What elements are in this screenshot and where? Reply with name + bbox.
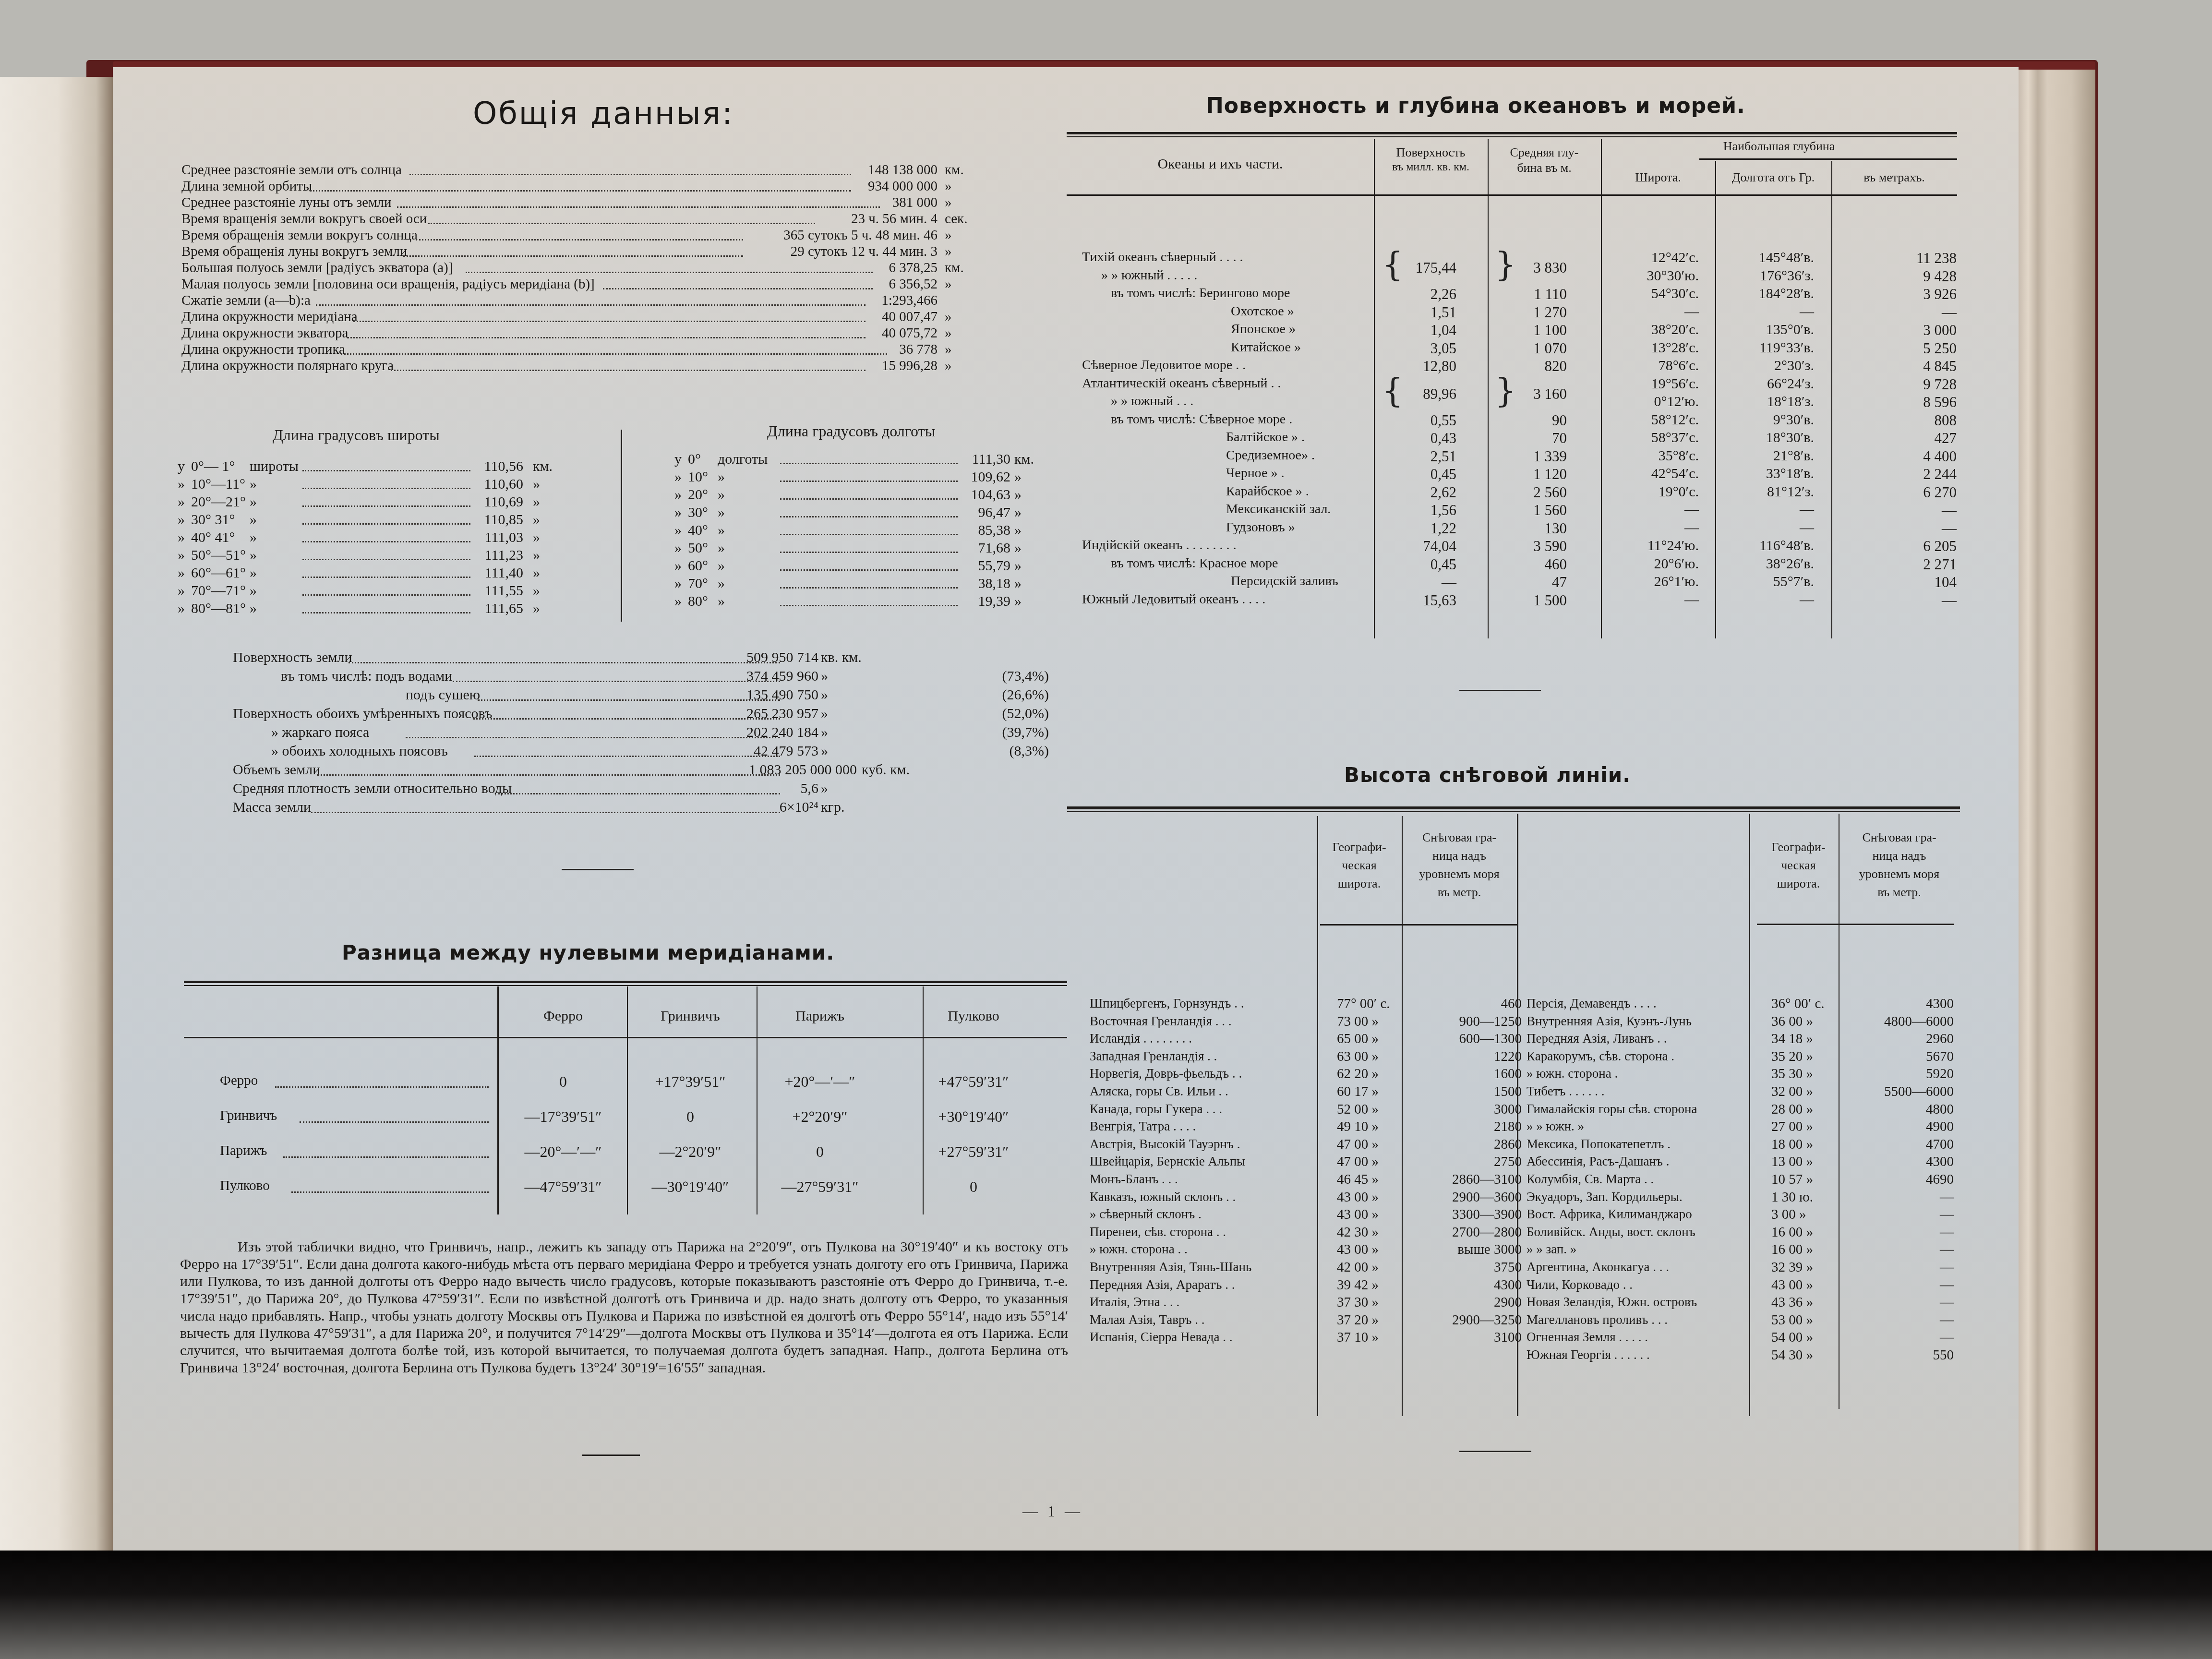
- snowline-place: Венгрія, Татра . . . .: [1090, 1119, 1196, 1134]
- ocean-lon: 55°7′в.: [1711, 574, 1814, 590]
- row-value: 365 сутокъ 5 ч. 48 мин. 46: [783, 228, 938, 243]
- meridians-top-rule: [184, 981, 1067, 983]
- surface-row: Поверхность обоихъ умѣренныхъ поясовъ265…: [233, 706, 1049, 724]
- dot-leader: [603, 288, 873, 289]
- snowline-height: 550: [1839, 1347, 1954, 1363]
- degree-word: долготы: [718, 451, 768, 467]
- ocean-name: » » южный . . . . .: [1101, 268, 1197, 283]
- degree-value: 110,85: [484, 512, 523, 528]
- oceans-surface-header: Поверхность: [1374, 145, 1488, 160]
- degree-word: »: [718, 540, 725, 556]
- ocean-lat: —: [1596, 592, 1699, 608]
- snowline-place: Мексика, Попокатепетлъ .: [1527, 1137, 1671, 1152]
- ocean-avg-depth: 1 270: [1480, 304, 1567, 321]
- degree-value: 38,18: [978, 576, 1011, 591]
- meridian-column-header: Ферро: [510, 1008, 616, 1024]
- ocean-surface: 2,62: [1370, 484, 1456, 501]
- degree-word: »: [250, 601, 257, 616]
- page-number: — 1 —: [1022, 1503, 1083, 1520]
- snowline-height: —: [1839, 1312, 1954, 1328]
- snowline-table-header: Географи-ческаяширота.Географи-ческаяшир…: [1067, 811, 1960, 926]
- meridian-row-label: Пулково: [220, 1178, 270, 1194]
- meridians-note: Изъ этой таблички видно, что Гринвичъ, н…: [180, 1238, 1068, 1377]
- oceans-top-rule: [1067, 132, 1957, 134]
- snowline-lat-header: Географи-: [1754, 840, 1843, 854]
- degree-prefix: »: [178, 476, 185, 492]
- ocean-avg-depth: 1 100: [1480, 322, 1567, 339]
- snowline-left-table: Шпицбергенъ, Горнзундъ . .77° 00′ с.460В…: [1090, 996, 1522, 1428]
- degree-row: »50°—51°»111,23»: [178, 547, 610, 565]
- ocean-max-depth: 4 400: [1831, 448, 1957, 465]
- snowline-height-header: Снѣговая гра-: [1839, 830, 1960, 845]
- snowline-lat: 43 00 »: [1337, 1242, 1379, 1258]
- snowline-place: Колумбія, Св. Марта . .: [1527, 1172, 1654, 1187]
- degree-range: 40°: [688, 522, 708, 538]
- group-brace-icon: }: [1495, 248, 1516, 281]
- snowline-lat: 49 10 »: [1337, 1119, 1379, 1135]
- dot-leader: [473, 718, 780, 720]
- surface-row: » обоихъ холодныхъ поясовъ42 479 573»(8,…: [233, 743, 1049, 762]
- row-label: Сжатіе земли (a—b):a: [181, 293, 311, 309]
- surface-row: » жаркаго пояса202 240 184»(39,7%): [233, 724, 1049, 743]
- degree-word: широты: [250, 458, 299, 474]
- meridian-row-label: Гринвичъ: [220, 1108, 277, 1124]
- dot-leader: [478, 699, 780, 701]
- degree-range: 60°: [688, 558, 708, 574]
- dot-leader: [311, 812, 780, 813]
- ocean-avg-depth: 460: [1480, 556, 1567, 573]
- degree-prefix: »: [674, 593, 682, 609]
- snowline-place: Магеллановъ проливъ . . .: [1527, 1312, 1668, 1327]
- ocean-max-depth: 2 271: [1831, 556, 1957, 573]
- snowline-place: Персія, Демавендъ . . . .: [1527, 996, 1657, 1011]
- snowline-height: —: [1839, 1260, 1954, 1275]
- dot-leader: [403, 255, 743, 257]
- ocean-max-depth: —: [1831, 592, 1957, 609]
- snowline-lat: 62 20 »: [1337, 1066, 1379, 1082]
- surface-label: въ томъ числѣ: подъ водами: [281, 668, 452, 684]
- degree-row: »30°»96,47»: [674, 505, 1058, 522]
- dot-leader: [317, 774, 780, 776]
- snowline-lat: 37 30 »: [1337, 1295, 1379, 1310]
- dot-leader: [409, 174, 851, 175]
- ocean-name: въ томъ числѣ: Красное море: [1111, 556, 1278, 571]
- snowline-place: Передняя Азія, Араратъ . .: [1090, 1277, 1235, 1292]
- ocean-lon: 116°48′в.: [1711, 538, 1814, 554]
- dot-leader: [316, 304, 866, 306]
- ocean-avg-depth: 3 830: [1480, 259, 1567, 276]
- ocean-name: въ томъ числѣ: Сѣверное море .: [1111, 412, 1292, 427]
- dot-leader: [302, 541, 470, 542]
- snowline-height: —: [1839, 1277, 1954, 1293]
- snowline-lat: 43 36 »: [1771, 1295, 1813, 1310]
- degree-prefix: »: [674, 576, 682, 591]
- section-rule: [562, 869, 634, 870]
- degree-range: 30° 31°: [191, 512, 235, 528]
- meridian-column-header: Пулково: [921, 1008, 1026, 1024]
- degree-unit: »: [1014, 505, 1022, 520]
- dot-leader: [349, 662, 780, 663]
- degree-prefix: »: [178, 583, 185, 599]
- ocean-surface: —: [1370, 574, 1456, 591]
- surface-row: подъ сушею135 490 750»(26,6%): [233, 687, 1049, 706]
- dot-leader: [302, 523, 470, 525]
- degree-prefix: »: [178, 547, 185, 563]
- ocean-name: Индійскій океанъ . . . . . . . .: [1082, 538, 1237, 553]
- surface-value: 6×10²⁴: [780, 799, 818, 815]
- snowline-place: Западная Гренландія . .: [1090, 1049, 1217, 1064]
- snowline-lat: 35 30 »: [1771, 1066, 1813, 1082]
- snowline-height: 5500—6000: [1839, 1084, 1954, 1100]
- snowline-place: Аргентина, Аконкагуа . . .: [1527, 1260, 1669, 1274]
- degree-word: »: [718, 593, 725, 609]
- snowline-lat: 60 17 »: [1337, 1084, 1379, 1100]
- ocean-lon: 184°28′в.: [1711, 286, 1814, 302]
- ocean-lon: 9°30′в.: [1711, 412, 1814, 428]
- snowline-place: Абессинія, Расъ-Дашанъ .: [1527, 1154, 1669, 1169]
- ocean-lat: 12°42′с.: [1596, 250, 1699, 266]
- snowline-height: 2900: [1407, 1295, 1522, 1310]
- ocean-lon: 119°33′в.: [1711, 340, 1814, 356]
- row-unit: км.: [945, 162, 964, 178]
- ocean-name: Охотское »: [1231, 304, 1294, 319]
- degree-range: 20°—21°: [191, 494, 246, 510]
- ocean-name: Мексиканскій зал.: [1226, 502, 1331, 517]
- degree-unit: »: [1014, 540, 1022, 556]
- row-label: Время вращенія земли вокругъ своей оси: [181, 211, 427, 227]
- ocean-lon: 66°24′з.: [1711, 376, 1814, 392]
- dot-leader: [406, 737, 780, 738]
- ocean-avg-depth: 2 560: [1480, 484, 1567, 501]
- meridian-column-header: Парижъ: [767, 1008, 873, 1024]
- ocean-surface: 2,26: [1370, 286, 1456, 303]
- ocean-surface: 1,51: [1370, 304, 1456, 321]
- snowline-height: —: [1839, 1242, 1954, 1258]
- meridian-value: —2°20′9″: [628, 1143, 753, 1161]
- row-unit: сек.: [945, 211, 967, 227]
- dot-leader: [416, 239, 743, 240]
- surface-label: Средняя плотность земли относительно вод…: [233, 781, 512, 796]
- ocean-lat: 35°8′с.: [1596, 448, 1699, 464]
- surface-value: 265 230 957: [746, 706, 818, 721]
- oceans-meters-header: въ метрахъ.: [1831, 170, 1957, 185]
- surface-row: Поверхность земли509 950 714кв. км.: [233, 649, 1049, 668]
- ocean-name: Гудзоновъ »: [1226, 520, 1295, 535]
- meridian-value: —30°19′40″: [628, 1178, 753, 1196]
- ocean-avg-depth: 820: [1480, 358, 1567, 375]
- surface-unit: »: [821, 724, 828, 740]
- surface-label: » обоихъ холодныхъ поясовъ: [271, 743, 448, 759]
- snowline-place: Новая Зеландія, Южн. островъ: [1527, 1295, 1697, 1310]
- oceans-max-depth-header: Наибольшая глубина: [1601, 139, 1957, 154]
- surface-row: Объемъ земли1 083 205 000 000куб. км.: [233, 762, 1049, 781]
- degree-value: 110,60: [484, 476, 523, 492]
- ocean-max-depth: 5 250: [1831, 340, 1957, 357]
- surface-unit: »: [821, 687, 828, 703]
- dot-leader: [780, 534, 958, 535]
- degree-row: »60°»55,79»: [674, 558, 1058, 576]
- ocean-avg-depth: 1 110: [1480, 286, 1567, 303]
- snowline-height: 2750: [1407, 1154, 1522, 1170]
- degree-word: »: [250, 583, 257, 599]
- dot-leader: [391, 370, 866, 371]
- degree-row: »40° 41°»111,03»: [178, 529, 610, 547]
- degree-word: »: [250, 512, 257, 528]
- row-label: Длина окружности экватора: [181, 325, 348, 341]
- snowline-lat: 3 00 »: [1771, 1207, 1806, 1223]
- ocean-lon: 18°18′з.: [1711, 394, 1814, 410]
- degree-value: 111,23: [485, 547, 523, 563]
- surface-row: въ томъ числѣ: подъ водами374 459 960»(7…: [233, 668, 1049, 687]
- row-value: 15 996,28: [882, 358, 938, 374]
- snowline-height: —: [1839, 1330, 1954, 1346]
- row-unit: »: [945, 179, 952, 194]
- dot-leader: [283, 1156, 489, 1158]
- snowline-height: 1600: [1407, 1066, 1522, 1082]
- dot-leader: [291, 1191, 489, 1193]
- degree-unit: »: [533, 476, 540, 492]
- dot-leader: [466, 272, 873, 273]
- ocean-max-depth: —: [1831, 304, 1957, 321]
- snowline-lat: 73 00 »: [1337, 1014, 1379, 1030]
- snowline-lat: 39 42 »: [1337, 1277, 1379, 1293]
- meridian-value: +2°20′9″: [757, 1108, 882, 1126]
- degree-value: 111,03: [485, 529, 523, 545]
- snowline-height: 3300—3900: [1407, 1207, 1522, 1223]
- ocean-surface: 0,45: [1370, 466, 1456, 483]
- snowline-place: Экуадоръ, Зап. Кордильеры.: [1527, 1190, 1683, 1204]
- snowline-place: Восточная Гренландія . . .: [1090, 1014, 1232, 1029]
- ocean-name: Карайбское » .: [1226, 484, 1309, 499]
- row-value: 40 075,72: [882, 325, 938, 341]
- snowline-height: 2960: [1839, 1031, 1954, 1047]
- snowline-lat: 32 00 »: [1771, 1084, 1813, 1100]
- row-unit: »: [945, 276, 952, 292]
- surface-label: Масса земли: [233, 799, 311, 815]
- ocean-max-depth: 9 728: [1831, 376, 1957, 393]
- snowline-lat: 53 00 »: [1771, 1312, 1813, 1328]
- ocean-lat: 38°20′с.: [1596, 322, 1699, 338]
- meridian-value: 0: [501, 1073, 625, 1091]
- group-brace-icon: {: [1382, 248, 1404, 281]
- oceans-surface-header-2: въ милл. кв. км.: [1374, 161, 1488, 174]
- snowline-place: Боливійск. Анды, вост. склонъ: [1527, 1225, 1695, 1239]
- ocean-max-depth: 104: [1831, 574, 1957, 591]
- ocean-lat: 13°28′с.: [1596, 340, 1699, 356]
- snowline-lat: 34 18 »: [1771, 1031, 1813, 1047]
- snowline-place: Каракорумъ, сѣв. сторона .: [1527, 1049, 1674, 1064]
- degree-value: 111,55: [485, 583, 523, 599]
- ocean-surface: 3,05: [1370, 340, 1456, 357]
- snowline-lat: 27 00 »: [1771, 1119, 1813, 1135]
- meridian-value: +30°19′40″: [911, 1108, 1036, 1126]
- snowline-place: Южная Георгія . . . . . .: [1527, 1347, 1650, 1362]
- snowline-lat-header: Географи-: [1317, 840, 1402, 854]
- surface-label: Поверхность земли: [233, 649, 352, 665]
- snowline-place: Испанія, Сіерра Невада . .: [1090, 1330, 1233, 1345]
- degree-unit: »: [1014, 522, 1022, 538]
- degree-prefix: »: [674, 505, 682, 520]
- ocean-lat: —: [1596, 520, 1699, 536]
- degree-word: »: [718, 576, 725, 591]
- surface-value: 42 479 573: [754, 743, 818, 759]
- oceans-name-header: Океаны и ихъ части.: [1067, 156, 1374, 172]
- degree-range: 10°—11°: [191, 476, 245, 492]
- degree-range: 40° 41°: [191, 529, 235, 545]
- snowline-height: 2700—2800: [1407, 1225, 1522, 1240]
- ocean-max-depth: 6 270: [1831, 484, 1957, 501]
- surface-label: подъ сушею: [406, 687, 480, 703]
- dot-leader: [498, 793, 780, 794]
- snowline-lat: 35 20 »: [1771, 1049, 1813, 1065]
- dot-leader: [275, 1086, 489, 1088]
- snowline-height: 4700: [1839, 1137, 1954, 1153]
- row-label: Среднее разстояніе земли отъ солнца: [181, 162, 402, 178]
- ocean-surface: 74,04: [1370, 538, 1456, 555]
- oceans-table-body: Тихій океанъ сѣверный . . . .175,443 830…: [1082, 250, 1960, 624]
- snowline-height: —: [1839, 1190, 1954, 1205]
- ocean-name: Средиземное» .: [1226, 448, 1315, 463]
- meridian-value: —17°39′51″: [501, 1108, 625, 1126]
- degree-range: 60°—61°: [191, 565, 246, 581]
- ocean-surface: 1,22: [1370, 520, 1456, 537]
- degree-unit: »: [1014, 576, 1022, 591]
- snowline-place: Внутренняя Азія, Куэнъ-Лунь: [1527, 1014, 1692, 1029]
- ocean-avg-depth: 90: [1480, 412, 1567, 429]
- meridian-value: +47°59′31″: [911, 1073, 1036, 1091]
- degree-row: у0°долготы111,30км.: [674, 451, 1058, 469]
- degree-prefix: »: [674, 540, 682, 556]
- ocean-lat: —: [1596, 304, 1699, 320]
- meridian-value: —27°59′31″: [757, 1178, 882, 1196]
- dot-leader: [780, 569, 958, 571]
- snowline-lat: 37 20 »: [1337, 1312, 1379, 1328]
- surface-unit: куб. км.: [862, 762, 910, 778]
- ocean-avg-depth: 1 070: [1480, 340, 1567, 357]
- degree-unit: »: [533, 512, 540, 528]
- snowline-height: 2900—3250: [1407, 1312, 1522, 1328]
- ocean-lon: —: [1711, 304, 1814, 320]
- ocean-lat: 30°30′ю.: [1596, 268, 1699, 284]
- general-data-row: Среднее разстояніе земли отъ солнца148 1…: [181, 162, 974, 179]
- snowline-height: 1500: [1407, 1084, 1522, 1100]
- degree-prefix: »: [674, 558, 682, 574]
- snowline-height: —: [1839, 1295, 1954, 1310]
- meridian-value: +20°—′—″: [757, 1073, 882, 1091]
- ocean-lon: 18°30′в.: [1711, 430, 1814, 446]
- degree-row: »10°»109,62»: [674, 469, 1058, 487]
- group-brace-icon: {: [1382, 374, 1404, 408]
- snowline-place: Норвегія, Доврь-фьельдъ . .: [1090, 1066, 1242, 1081]
- degree-prefix: »: [178, 529, 185, 545]
- degree-unit: км.: [533, 458, 553, 474]
- snowline-height: 2860: [1407, 1137, 1522, 1153]
- meridian-value: +17°39′51″: [628, 1073, 753, 1091]
- degree-word: »: [250, 565, 257, 581]
- snowline-title: Высота снѣговой линіи.: [1344, 763, 1631, 787]
- ocean-max-depth: 11 238: [1831, 250, 1957, 267]
- snowline-place: Пиренеи, сѣв. сторона . .: [1090, 1225, 1226, 1239]
- degree-range: 80°: [688, 593, 708, 609]
- degree-value: 85,38: [978, 522, 1011, 538]
- ocean-lon: —: [1711, 520, 1814, 536]
- degree-row: »20°—21°»110,69»: [178, 494, 610, 512]
- snowline-place: Италія, Этна . . .: [1090, 1295, 1179, 1310]
- surface-value: 5,6: [801, 781, 819, 796]
- dot-leader: [397, 206, 880, 208]
- row-label: Малая полуось земли [половина оси вращен…: [181, 276, 595, 292]
- snowline-lat: 42 30 »: [1337, 1225, 1379, 1240]
- snowline-right-table: Персія, Демавендъ . . . .36° 00′ с.4300В…: [1527, 996, 1959, 1428]
- meridian-value: 0: [757, 1143, 882, 1161]
- degree-range: 0°— 1°: [191, 458, 235, 474]
- ocean-lon: —: [1711, 592, 1814, 608]
- oceans-lon-header: Долгота отъ Гр.: [1715, 170, 1831, 185]
- snowline-height: 900—1250: [1407, 1014, 1522, 1030]
- general-data-row: Время вращенія земли вокругъ своей оси23…: [181, 211, 974, 228]
- snowline-height: 2860—3100: [1407, 1172, 1522, 1188]
- ocean-max-depth: —: [1831, 520, 1957, 537]
- ocean-avg-depth: 1 500: [1480, 592, 1567, 609]
- ocean-name: Южный Ледовитый океанъ . . . .: [1082, 592, 1265, 607]
- oceans-lat-header: Широта.: [1601, 170, 1715, 185]
- ocean-max-depth: 808: [1831, 412, 1957, 429]
- snowline-height-header: въ метр.: [1839, 885, 1960, 900]
- ocean-lon: 135°0′в.: [1711, 322, 1814, 338]
- row-value: 1:293,466: [881, 293, 938, 309]
- snowline-lat: 16 00 »: [1771, 1242, 1813, 1258]
- degree-range: 50°: [688, 540, 708, 556]
- snowline-height: —: [1839, 1207, 1954, 1223]
- oceans-title: Поверхность и глубина океановъ и морей.: [1206, 94, 1745, 118]
- degree-range: 80°—81°: [191, 601, 246, 616]
- degree-unit: »: [1014, 469, 1022, 485]
- degree-word: »: [718, 558, 725, 574]
- degree-row: »10°—11°»110,60»: [178, 476, 610, 494]
- ocean-avg-depth: 47: [1480, 574, 1567, 591]
- row-value: 6 378,25: [889, 260, 938, 276]
- ocean-surface: 15,63: [1370, 592, 1456, 609]
- snowline-lat-header: ческая: [1754, 858, 1843, 873]
- ocean-lat: 11°24′ю.: [1596, 538, 1699, 554]
- ocean-lon: 81°12′з.: [1711, 484, 1814, 500]
- snowline-lat-header: широта.: [1317, 877, 1402, 891]
- row-label: Длина окружности полярнаго круга: [181, 358, 394, 374]
- snowline-place: » сѣверный склонъ .: [1090, 1207, 1202, 1222]
- snowline-lat: 36 00 »: [1771, 1014, 1813, 1030]
- degree-value: 71,68: [978, 540, 1011, 556]
- degree-value: 109,62: [971, 469, 1011, 485]
- surface-percent: (39,7%): [962, 724, 1049, 740]
- general-data-row: Длина окружности экватора40 075,72»: [181, 325, 974, 342]
- snowline-lat: 43 00 »: [1771, 1277, 1813, 1293]
- snowline-place: Огненная Земля . . . . .: [1527, 1330, 1648, 1345]
- degree-value: 96,47: [978, 505, 1011, 520]
- meridians-table: ФерроГринвичъПарижъПулковоФерро0+17°39′5…: [184, 986, 1067, 1217]
- row-value: 29 сутокъ 12 ч. 44 мин. 3: [791, 244, 938, 260]
- snowline-height: 4300: [1839, 1154, 1954, 1170]
- snowline-place: » южн. сторона .: [1527, 1066, 1618, 1081]
- ocean-lon: 21°8′в.: [1711, 448, 1814, 464]
- meridian-value: +27°59′31″: [911, 1143, 1036, 1161]
- row-value: 36 778: [899, 342, 938, 358]
- degree-row: »80°—81°»111,65»: [178, 601, 610, 618]
- snowline-place: » южн. сторона . .: [1090, 1242, 1188, 1257]
- dot-leader: [302, 577, 470, 578]
- snowline-lat-header: ческая: [1317, 858, 1402, 873]
- dot-leader: [347, 337, 866, 338]
- ocean-max-depth: —: [1831, 502, 1957, 519]
